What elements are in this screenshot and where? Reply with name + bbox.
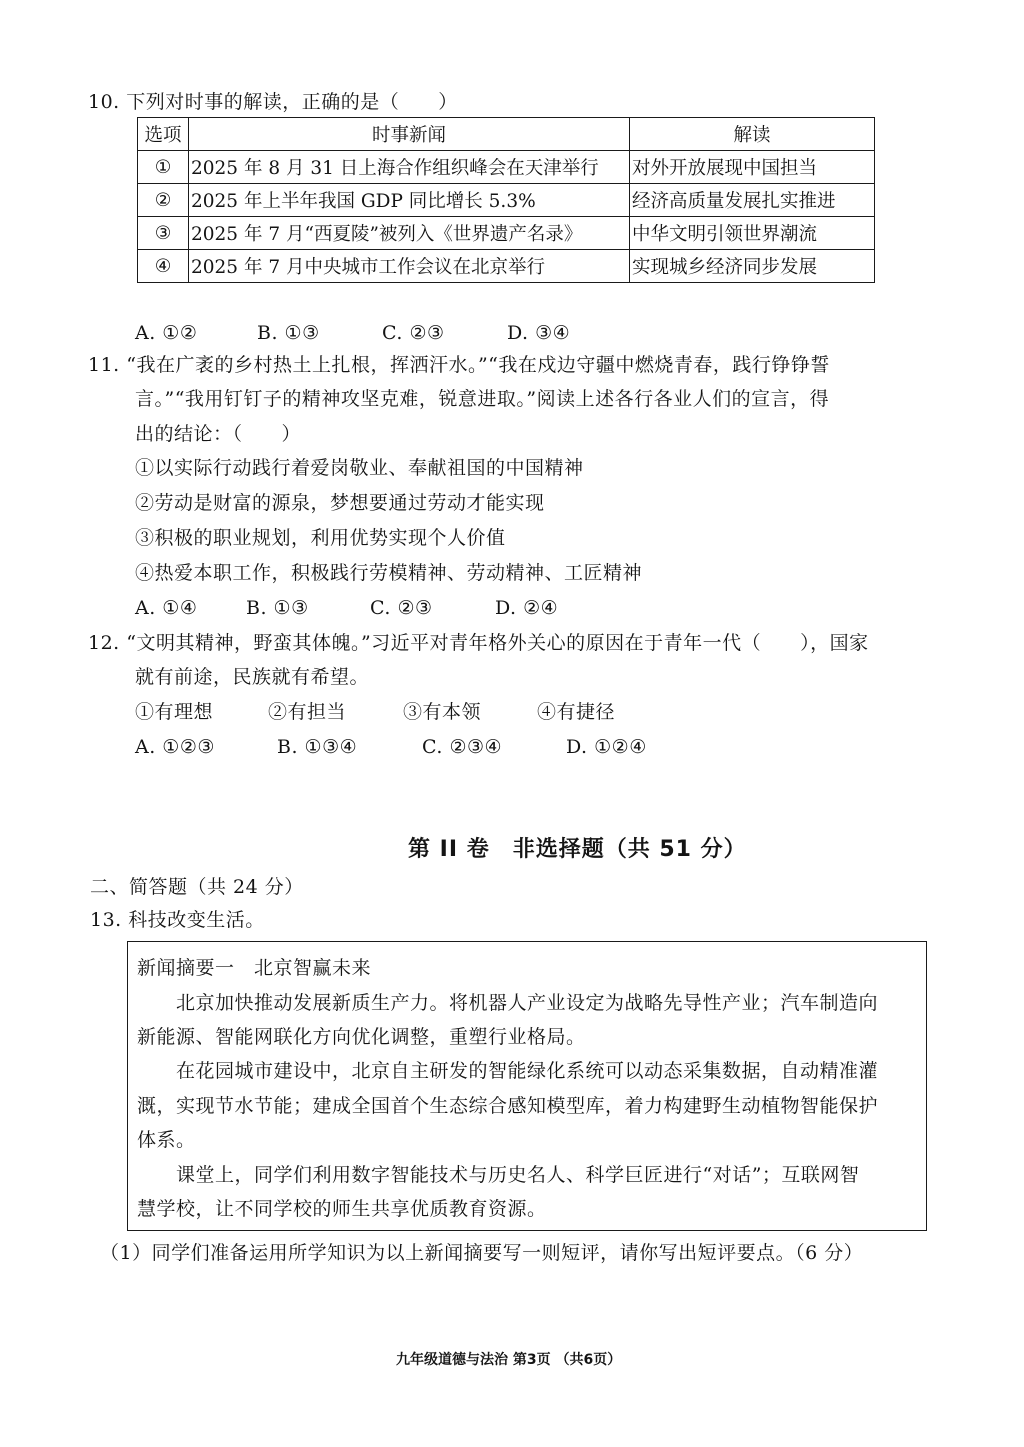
q12-statement-4: ④有捷径 [537, 700, 615, 724]
news-box-line-1: 北京加快推动发展新质生产力。将机器人产业设定为战略先导性产业；汽车制造向 [137, 991, 878, 1015]
row-news: 2025 年 8 月 31 日上海合作组织峰会在天津举行 [189, 151, 630, 184]
row-reading: 中华文明引领世界潮流 [630, 217, 875, 250]
q10-choice-b: B. ①③ [257, 321, 320, 345]
q12-choice-b: B. ①③④ [277, 735, 357, 759]
q11-stem-line-3: 出的结论：（ ） [135, 422, 301, 446]
q12-statement-3: ③有本领 [403, 700, 481, 724]
q11-statement-4: ④热爱本职工作，积极践行劳模精神、劳动精神、工匠精神 [135, 561, 642, 585]
part2-section-heading: 二、简答题（共 24 分） [90, 875, 304, 899]
q11-choice-b: B. ①③ [246, 596, 309, 620]
news-summary-box [127, 941, 927, 1231]
row-news: 2025 年 7 月“西夏陵”被列入《世界遗产名录》 [189, 217, 630, 250]
table-row: ③ 2025 年 7 月“西夏陵”被列入《世界遗产名录》 中华文明引领世界潮流 [138, 217, 875, 250]
row-reading: 经济高质量发展扎实推进 [630, 184, 875, 217]
q12-choice-c: C. ②③④ [422, 735, 502, 759]
row-option: ③ [138, 217, 189, 250]
header-news: 时事新闻 [189, 118, 630, 151]
header-option: 选项 [138, 118, 189, 151]
q10-choice-a: A. ①② [135, 321, 197, 345]
q12-statement-2: ②有担当 [268, 700, 346, 724]
table-row: ① 2025 年 8 月 31 日上海合作组织峰会在天津举行 对外开放展现中国担… [138, 151, 875, 184]
row-option: ④ [138, 250, 189, 283]
news-box-line-3: 在花园城市建设中，北京自主研发的智能绿化系统可以动态采集数据，自动精准灌 [137, 1059, 878, 1083]
q11-statement-1: ①以实际行动践行着爱岗敬业、奉献祖国的中国精神 [135, 456, 584, 480]
news-box-heading: 新闻摘要一 北京智赢未来 [137, 956, 371, 980]
q12-stem-line-2: 就有前途，民族就有希望。 [135, 665, 369, 689]
table-header-row: 选项 时事新闻 解读 [138, 118, 875, 151]
q11-stem-line-2: 言。”“我用钉钉子的精神攻坚克难，锐意进取。”阅读上述各行各业人们的宣言，得 [135, 387, 829, 411]
q11-choice-a: A. ①④ [135, 596, 197, 620]
row-news: 2025 年上半年我国 GDP 同比增长 5.3% [189, 184, 630, 217]
q11-choice-d: D. ②④ [495, 596, 558, 620]
table-row: ② 2025 年上半年我国 GDP 同比增长 5.3% 经济高质量发展扎实推进 [138, 184, 875, 217]
q13-stem: 13. 科技改变生活。 [90, 908, 265, 932]
q13-sub-question-1: （1）同学们准备运用所学知识为以上新闻摘要写一则短评，请你写出短评要点。（6 分… [100, 1241, 863, 1265]
news-box-line-5: 体系。 [137, 1128, 196, 1152]
q12-choice-d: D. ①②④ [566, 735, 647, 759]
q10-news-table: 选项 时事新闻 解读 ① 2025 年 8 月 31 日上海合作组织峰会在天津举… [137, 117, 875, 283]
row-option: ② [138, 184, 189, 217]
q11-stem-line-1: 11. “我在广袤的乡村热土上扎根，挥洒汗水。”“我在戍边守疆中燃烧青春，践行铮… [88, 353, 830, 377]
q10-choice-c: C. ②③ [382, 321, 445, 345]
q12-choice-a: A. ①②③ [135, 735, 215, 759]
news-box-line-6: 课堂上，同学们利用数字智能技术与历史名人、科学巨匠进行“对话”；互联网智 [137, 1163, 859, 1187]
row-news: 2025 年 7 月中央城市工作会议在北京举行 [189, 250, 630, 283]
q11-statement-2: ②劳动是财富的源泉，梦想要通过劳动才能实现 [135, 491, 545, 515]
row-reading: 实现城乡经济同步发展 [630, 250, 875, 283]
table-row: ④ 2025 年 7 月中央城市工作会议在北京举行 实现城乡经济同步发展 [138, 250, 875, 283]
q10-choice-d: D. ③④ [507, 321, 570, 345]
q11-choice-c: C. ②③ [370, 596, 433, 620]
page-footer: 九年级道德与法治 第3页 （共6页） [396, 1349, 621, 1369]
news-box-line-2: 新能源、智能网联化方向优化调整，重塑行业格局。 [137, 1025, 586, 1049]
row-option: ① [138, 151, 189, 184]
part2-title: 第 II 卷 非选择题（共 51 分） [408, 832, 747, 863]
row-reading: 对外开放展现中国担当 [630, 151, 875, 184]
news-box-line-4: 溉，实现节水节能；建成全国首个生态综合感知模型库，着力构建野生动植物智能保护 [137, 1094, 878, 1118]
header-reading: 解读 [630, 118, 875, 151]
q11-statement-3: ③积极的职业规划，利用优势实现个人价值 [135, 526, 506, 550]
q12-stem-line-1: 12. “文明其精神，野蛮其体魄。”习近平对青年格外关心的原因在于青年一代（ ）… [88, 631, 869, 655]
q10-stem: 10. 下列对时事的解读，正确的是（ ） [88, 90, 458, 114]
q12-statement-1: ①有理想 [135, 700, 213, 724]
news-box-line-7: 慧学校，让不同学校的师生共享优质教育资源。 [137, 1197, 547, 1221]
